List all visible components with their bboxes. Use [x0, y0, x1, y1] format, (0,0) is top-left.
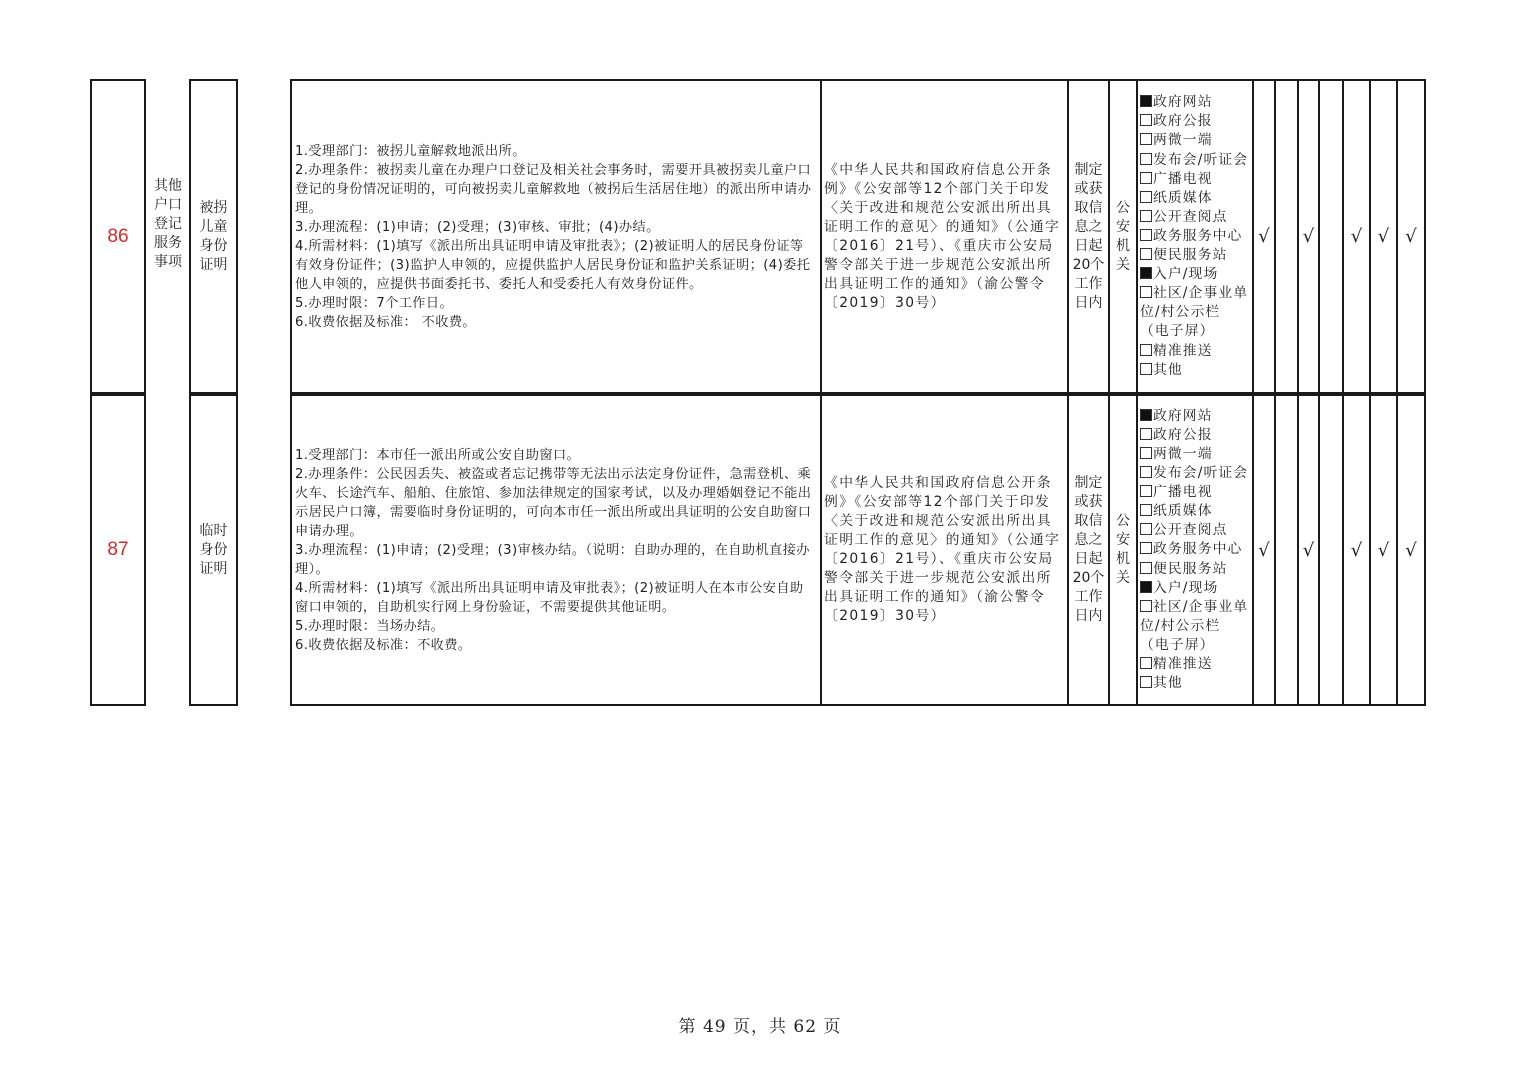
category-label: 其他户口登记服务事项 — [146, 79, 190, 706]
channel-option[interactable]: 精准推送 — [1140, 342, 1250, 361]
detail-line: 5.办理时限：7个工作日。 — [295, 294, 817, 313]
unchecked-box-icon[interactable] — [1140, 286, 1152, 298]
channel-label: 广播电视 — [1153, 171, 1213, 187]
time-limit: 制定或获取信息之日起20个工作日内 — [1067, 79, 1110, 394]
item-name-text: 证明 — [198, 560, 230, 579]
channel-option[interactable]: 纸质媒体 — [1140, 502, 1250, 521]
unchecked-box-icon[interactable] — [1140, 657, 1152, 669]
channel-label: 两微一端 — [1153, 132, 1213, 148]
unchecked-box-icon[interactable] — [1140, 428, 1152, 440]
channel-label: 公开查阅点 — [1153, 209, 1227, 225]
unchecked-box-icon[interactable] — [1140, 485, 1152, 497]
unchecked-box-icon[interactable] — [1140, 466, 1152, 478]
channel-option[interactable]: 两微一端 — [1140, 131, 1250, 150]
unchecked-box-icon[interactable] — [1140, 676, 1152, 688]
channel-label: 政府公报 — [1153, 427, 1213, 443]
service-details: 1.受理部门：本市任一派出所或公安自助窗口。2.办理条件：公民因丢失、被盗或者忘… — [290, 394, 822, 706]
disclosure-channels: 政府网站政府公报两微一端发布会/听证会广播电视纸质媒体公开查阅点政务服务中心便民… — [1136, 79, 1254, 394]
detail-line: 6.收费依据及标准： 不收费。 — [295, 313, 817, 332]
channel-label: 发布会/听证会 — [1153, 465, 1248, 481]
item-name-text: 身份 — [198, 237, 230, 256]
unchecked-box-icon[interactable] — [1140, 191, 1152, 203]
check-mark-cell: √ — [1396, 394, 1426, 706]
channel-label: 公开查阅点 — [1153, 522, 1227, 538]
row-number: 87 — [90, 394, 146, 706]
channel-option[interactable]: 纸质媒体 — [1140, 189, 1250, 208]
channel-option[interactable]: 发布会/听证会 — [1140, 151, 1250, 170]
row-number: 86 — [90, 79, 146, 394]
channel-option[interactable]: 发布会/听证会 — [1140, 464, 1250, 483]
check-mark-cell: √ — [1297, 394, 1320, 706]
detail-line: 5.办理时限：当场办结。 — [295, 617, 817, 636]
unchecked-box-icon[interactable] — [1140, 210, 1152, 222]
responsible-subject: 公安机关 — [1108, 394, 1138, 706]
channel-option[interactable]: 其他 — [1140, 361, 1250, 380]
unchecked-box-icon[interactable] — [1140, 344, 1152, 356]
channel-option[interactable]: 公开查阅点 — [1140, 521, 1250, 540]
unchecked-box-icon[interactable] — [1140, 504, 1152, 516]
channel-label: 纸质媒体 — [1153, 503, 1213, 519]
check-mark-cell: √ — [1252, 79, 1276, 394]
unchecked-box-icon[interactable] — [1140, 523, 1152, 535]
detail-line: 4.所需材料：(1)填写《派出所出具证明申请及审批表》；(2)被证明人在本市公安… — [295, 579, 817, 617]
channel-option[interactable]: 便民服务站 — [1140, 560, 1250, 579]
check-mark-cell: √ — [1342, 394, 1371, 706]
channel-label: 政务服务中心 — [1153, 541, 1242, 557]
category-text: 事项 — [152, 253, 184, 272]
channel-option[interactable]: 社区/企事业单位/村公示栏（电子屏） — [1140, 598, 1250, 655]
detail-line: 3.办理流程：(1)申请；(2)受理；(3)审核办结。（说明：自助办理的，在自助… — [295, 541, 817, 579]
category-text: 其他 — [152, 177, 184, 196]
unchecked-box-icon[interactable] — [1140, 153, 1152, 165]
unchecked-box-icon[interactable] — [1140, 172, 1152, 184]
check-mark-cell — [1274, 394, 1299, 706]
legal-basis: 《中华人民共和国政府信息公开条例》《公安部等12个部门关于印发〈关于改进和规范公… — [820, 79, 1069, 394]
channel-option[interactable]: 政府公报 — [1140, 426, 1250, 445]
unchecked-box-icon[interactable] — [1140, 114, 1152, 126]
check-mark-cell: √ — [1369, 79, 1398, 394]
detail-line: 1.受理部门：被拐儿童解救地派出所。 — [295, 142, 817, 161]
detail-line: 3.办理流程：(1)申请；(2)受理；(3)审核、审批；(4)办结。 — [295, 218, 817, 237]
check-mark-cell: √ — [1252, 394, 1276, 706]
check-mark-cell — [1318, 79, 1344, 394]
channel-label: 精准推送 — [1153, 656, 1213, 672]
channel-option[interactable]: 两微一端 — [1140, 445, 1250, 464]
legal-basis: 《中华人民共和国政府信息公开条例》《公安部等12个部门关于印发〈关于改进和规范公… — [820, 394, 1069, 706]
check-mark-cell: √ — [1297, 79, 1320, 394]
checked-box-icon[interactable] — [1140, 267, 1152, 279]
channel-option[interactable]: 公开查阅点 — [1140, 208, 1250, 227]
category-text: 服务 — [152, 234, 184, 253]
service-details: 1.受理部门：被拐儿童解救地派出所。2.办理条件：被拐卖儿童在办理户口登记及相关… — [290, 79, 822, 394]
channel-option[interactable]: 政府公报 — [1140, 112, 1250, 131]
item-name-text: 儿童 — [198, 218, 230, 237]
item-name-text: 被拐 — [198, 199, 230, 218]
channel-label: 精准推送 — [1153, 343, 1213, 359]
unchecked-box-icon[interactable] — [1140, 248, 1152, 260]
channel-label: 广播电视 — [1153, 484, 1213, 500]
unchecked-box-icon[interactable] — [1140, 229, 1152, 241]
item-name: 临时身份证明 — [189, 394, 238, 706]
item-name: 被拐儿童身份证明 — [189, 79, 238, 394]
channel-label: 纸质媒体 — [1153, 190, 1213, 206]
item-name-text: 临时 — [198, 522, 230, 541]
channel-label: 政府网站 — [1153, 408, 1213, 424]
item-name-text: 身份 — [198, 541, 230, 560]
detail-line: 2.办理条件：公民因丢失、被盗或者忘记携带等无法出示法定身份证件，急需登机、乘火… — [295, 465, 817, 541]
item-name-text: 证明 — [198, 256, 230, 275]
checked-box-icon[interactable] — [1140, 581, 1152, 593]
channel-label: 发布会/听证会 — [1153, 152, 1248, 168]
channel-label: 社区/企事业单位/村公示栏（电子屏） — [1140, 285, 1248, 339]
channel-label: 其他 — [1153, 362, 1183, 378]
check-mark-cell: √ — [1369, 394, 1398, 706]
channel-label: 其他 — [1153, 675, 1183, 691]
channel-label: 两微一端 — [1153, 446, 1213, 462]
channel-label: 政府公报 — [1153, 113, 1213, 129]
detail-line: 1.受理部门：本市任一派出所或公安自助窗口。 — [295, 446, 817, 465]
channel-option[interactable]: 政务服务中心 — [1140, 227, 1250, 246]
channel-label: 入户/现场 — [1153, 266, 1218, 282]
channel-option[interactable]: 入户/现场 — [1140, 265, 1250, 284]
category-text: 登记 — [152, 215, 184, 234]
checked-box-icon[interactable] — [1140, 95, 1152, 107]
detail-line: 4.所需材料：(1)填写《派出所出具证明申请及审批表》；(2)被证明人的居民身份… — [295, 237, 817, 294]
checked-box-icon[interactable] — [1140, 409, 1152, 421]
unchecked-box-icon[interactable] — [1140, 447, 1152, 459]
channel-option[interactable]: 其他 — [1140, 674, 1250, 693]
disclosure-channels: 政府网站政府公报两微一端发布会/听证会广播电视纸质媒体公开查阅点政务服务中心便民… — [1136, 394, 1254, 706]
channel-label: 便民服务站 — [1153, 561, 1227, 577]
channel-label: 社区/企事业单位/村公示栏（电子屏） — [1140, 599, 1248, 653]
unchecked-box-icon[interactable] — [1140, 542, 1152, 554]
check-mark-cell: √ — [1396, 79, 1426, 394]
channel-option[interactable]: 政务服务中心 — [1140, 540, 1250, 559]
channel-label: 入户/现场 — [1153, 580, 1218, 596]
channel-option[interactable]: 政府网站 — [1140, 93, 1250, 112]
channel-label: 政务服务中心 — [1153, 228, 1242, 244]
category-text: 户口 — [152, 196, 184, 215]
channel-option[interactable]: 政府网站 — [1140, 407, 1250, 426]
channel-label: 便民服务站 — [1153, 247, 1227, 263]
unchecked-box-icon[interactable] — [1140, 562, 1152, 574]
unchecked-box-icon[interactable] — [1140, 600, 1152, 612]
check-mark-cell — [1318, 394, 1344, 706]
unchecked-box-icon[interactable] — [1140, 133, 1152, 145]
channel-option[interactable]: 便民服务站 — [1140, 246, 1250, 265]
channel-option[interactable]: 广播电视 — [1140, 483, 1250, 502]
responsible-subject: 公安机关 — [1108, 79, 1138, 394]
channel-option[interactable]: 精准推送 — [1140, 655, 1250, 674]
channel-option[interactable]: 广播电视 — [1140, 170, 1250, 189]
detail-line: 2.办理条件：被拐卖儿童在办理户口登记及相关社会事务时，需要开具被拐卖儿童户口登… — [295, 161, 817, 218]
channel-option[interactable]: 入户/现场 — [1140, 579, 1250, 598]
check-mark-cell — [1274, 79, 1299, 394]
unchecked-box-icon[interactable] — [1140, 363, 1152, 375]
channel-label: 政府网站 — [1153, 94, 1213, 110]
page-footer: 第 49 页，共 62 页 — [0, 1012, 1520, 1037]
check-mark-cell: √ — [1342, 79, 1371, 394]
channel-option[interactable]: 社区/企事业单位/村公示栏（电子屏） — [1140, 284, 1250, 341]
time-limit: 制定或获取信息之日起20个工作日内 — [1067, 394, 1110, 706]
detail-line: 6.收费依据及标准：不收费。 — [295, 636, 817, 655]
